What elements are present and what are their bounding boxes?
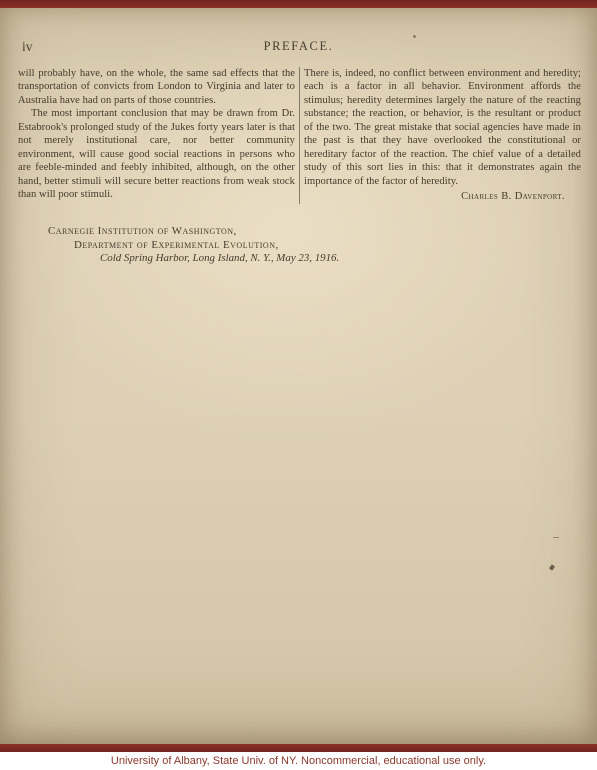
institution-name: Carnegie Institution of Washington, <box>18 225 438 239</box>
institution-place-date: Cold Spring Harbor, Long Island, N. Y., … <box>18 252 438 266</box>
two-column-text: will probably have, on the whole, the sa… <box>18 67 581 204</box>
attribution-text: University of Albany, State Univ. of NY.… <box>111 755 486 767</box>
left-paragraph-1: will probably have, on the whole, the sa… <box>18 67 295 107</box>
right-paragraph: There is, indeed, no conflict between en… <box>304 67 581 188</box>
scan-artifact-dot <box>413 35 416 38</box>
bottom-border-bar <box>0 744 597 752</box>
archive-scan-viewer: iv PREFACE. will probably have, on the w… <box>0 0 597 770</box>
column-divider-rule <box>299 67 300 204</box>
scan-artifact-speck <box>549 564 555 570</box>
author-signature: Charles B. Davenport. <box>304 190 581 203</box>
left-paragraph-2: The most important conclusion that may b… <box>18 107 295 201</box>
scanned-page: iv PREFACE. will probably have, on the w… <box>0 8 597 744</box>
institution-block: Carnegie Institution of Washington, Depa… <box>18 225 438 266</box>
left-column: will probably have, on the whole, the sa… <box>18 67 295 204</box>
page-title: PREFACE. <box>0 39 597 54</box>
scan-artifact-scratch <box>553 537 559 538</box>
top-border-bar <box>0 0 597 8</box>
institution-department: Department of Experimental Evolution, <box>18 239 438 253</box>
right-column: There is, indeed, no conflict between en… <box>304 67 581 204</box>
attribution-bar: University of Albany, State Univ. of NY.… <box>0 752 597 770</box>
